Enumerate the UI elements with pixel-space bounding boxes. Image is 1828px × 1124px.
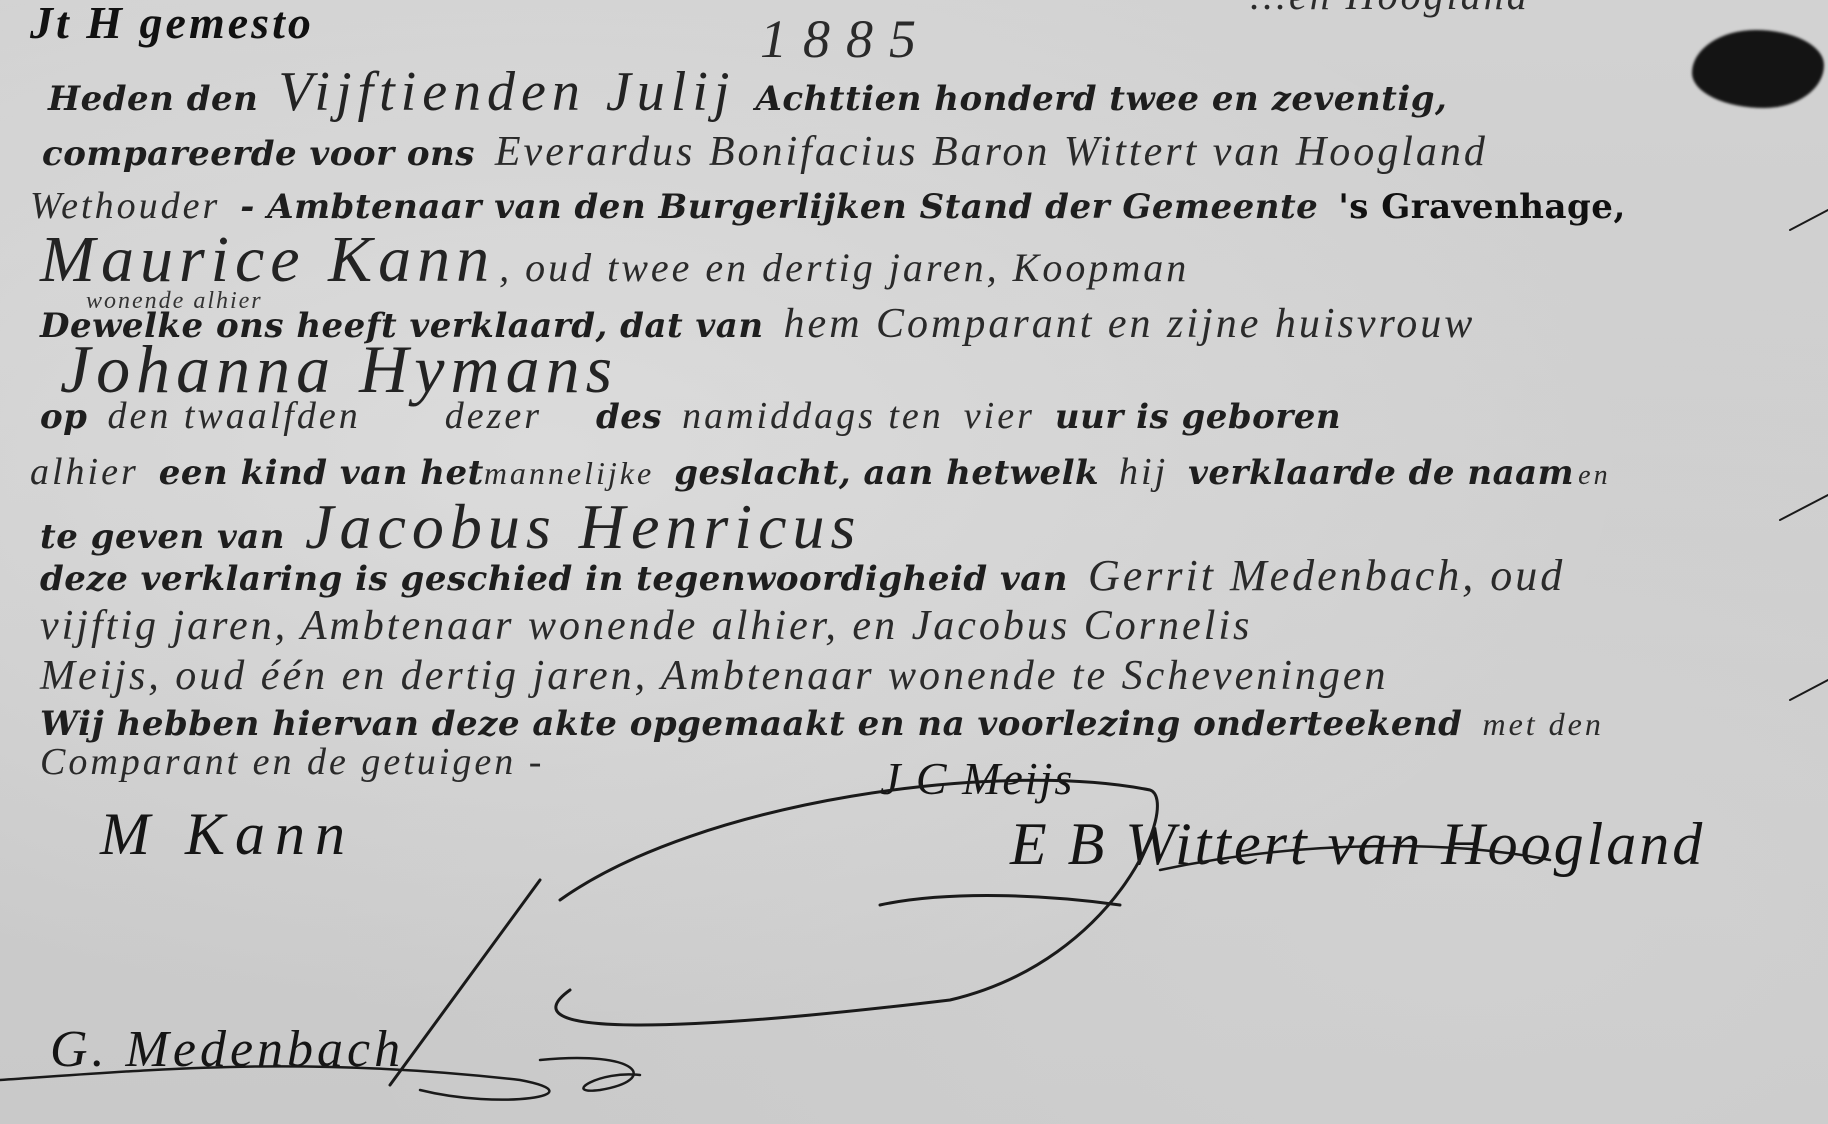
handwritten-text: vijftig jaren, Ambtenaar wonende alhier,… [40,603,1252,649]
signature-witness-1: G. Medenbach [50,1020,404,1079]
line-10: deze verklaring is geschied in tegenwoor… [40,550,1565,601]
top-partial-text: ...en Hoogland [1250,0,1530,19]
handwritten-title: Wethouder [30,185,220,227]
municipality-name: 's Gravenhage [1338,187,1613,227]
printed-text: - Ambtenaar van den Burgerlijken Stand d… [240,187,1318,227]
margin-note: Jt H gemesto [30,0,314,49]
line-12: Meijs, oud één en dertig jaren, Ambtenaa… [40,652,1389,700]
printed-text: Achttien honderd twee en zeventig, [755,79,1447,119]
handwritten-time-of-day: namiddags ten [682,395,944,437]
handwritten-text: en [1578,460,1610,491]
line-13: Wij hebben hiervan deze akte opgemaakt e… [40,704,1604,744]
printed-text: compareerde voor ons [42,134,475,174]
signature-witness-2: J C Meijs [880,752,1074,805]
punctuation: , [1613,187,1625,227]
handwritten-hour: vier [964,395,1035,437]
handwritten-father-name: Maurice Kann [40,223,495,296]
handwritten-witness-2: Meijs, oud één en dertig jaren, Ambtenaa… [40,653,1389,699]
document-page: Jt H gemesto ...en Hoogland 1885 Heden d… [0,0,1828,1124]
handwritten-sex: mannelijke [484,455,654,491]
handwritten-day: Vijftienden [278,61,586,123]
handwritten-text: met den [1482,706,1603,742]
handwritten-place: alhier [30,451,139,493]
handwritten-age-occupation: , oud twee en dertig jaren, Koopman [499,245,1189,290]
handwritten-official-name: Everardus Bonifacius Baron Wittert van H… [495,129,1488,175]
printed-text: uur is geboren [1055,397,1341,437]
line-2: compareerde voor ons Everardus Bonifaciu… [42,128,1488,176]
line-8: alhier een kind van hetmannelijke geslac… [30,450,1611,494]
ink-blot [1692,30,1824,108]
handwritten-pronoun: hij [1119,451,1168,493]
line-14: Comparant en de getuigen - [40,740,544,784]
printed-text: Wij hebben hiervan deze akte opgemaakt e… [40,704,1462,744]
handwritten-witness-1: Gerrit Medenbach, oud [1088,551,1565,600]
line-7: op den twaalfden dezer des namiddags ten… [40,394,1341,438]
printed-text: verklaarde de naam [1188,453,1574,493]
printed-text: een kind van het [159,453,484,493]
handwritten-text: hem Comparant en zijne huisvrouw [784,301,1476,347]
handwritten-text: Comparant en de getuigen - [40,741,544,783]
printed-text: op [40,397,87,437]
printed-text: Heden den [48,79,258,119]
handwritten-month: Julij [606,61,736,123]
signature-registrar: E B Wittert van Hoogland [1010,810,1705,879]
signature-father: M Kann [100,800,355,869]
line-11: vijftig jaren, Ambtenaar wonende alhier,… [40,602,1252,650]
printed-text: deze verklaring is geschied in tegenwoor… [40,559,1068,599]
printed-text: des [596,397,662,437]
handwritten-date: den twaalfden [107,395,360,437]
line-1: Heden den Vijftienden Julij Achttien hon… [48,60,1447,124]
handwritten-text: dezer [445,395,542,437]
line-4: Maurice Kann , oud twee en dertig jaren,… [40,222,1189,298]
printed-text: geslacht, aan hetwelk [674,453,1099,493]
